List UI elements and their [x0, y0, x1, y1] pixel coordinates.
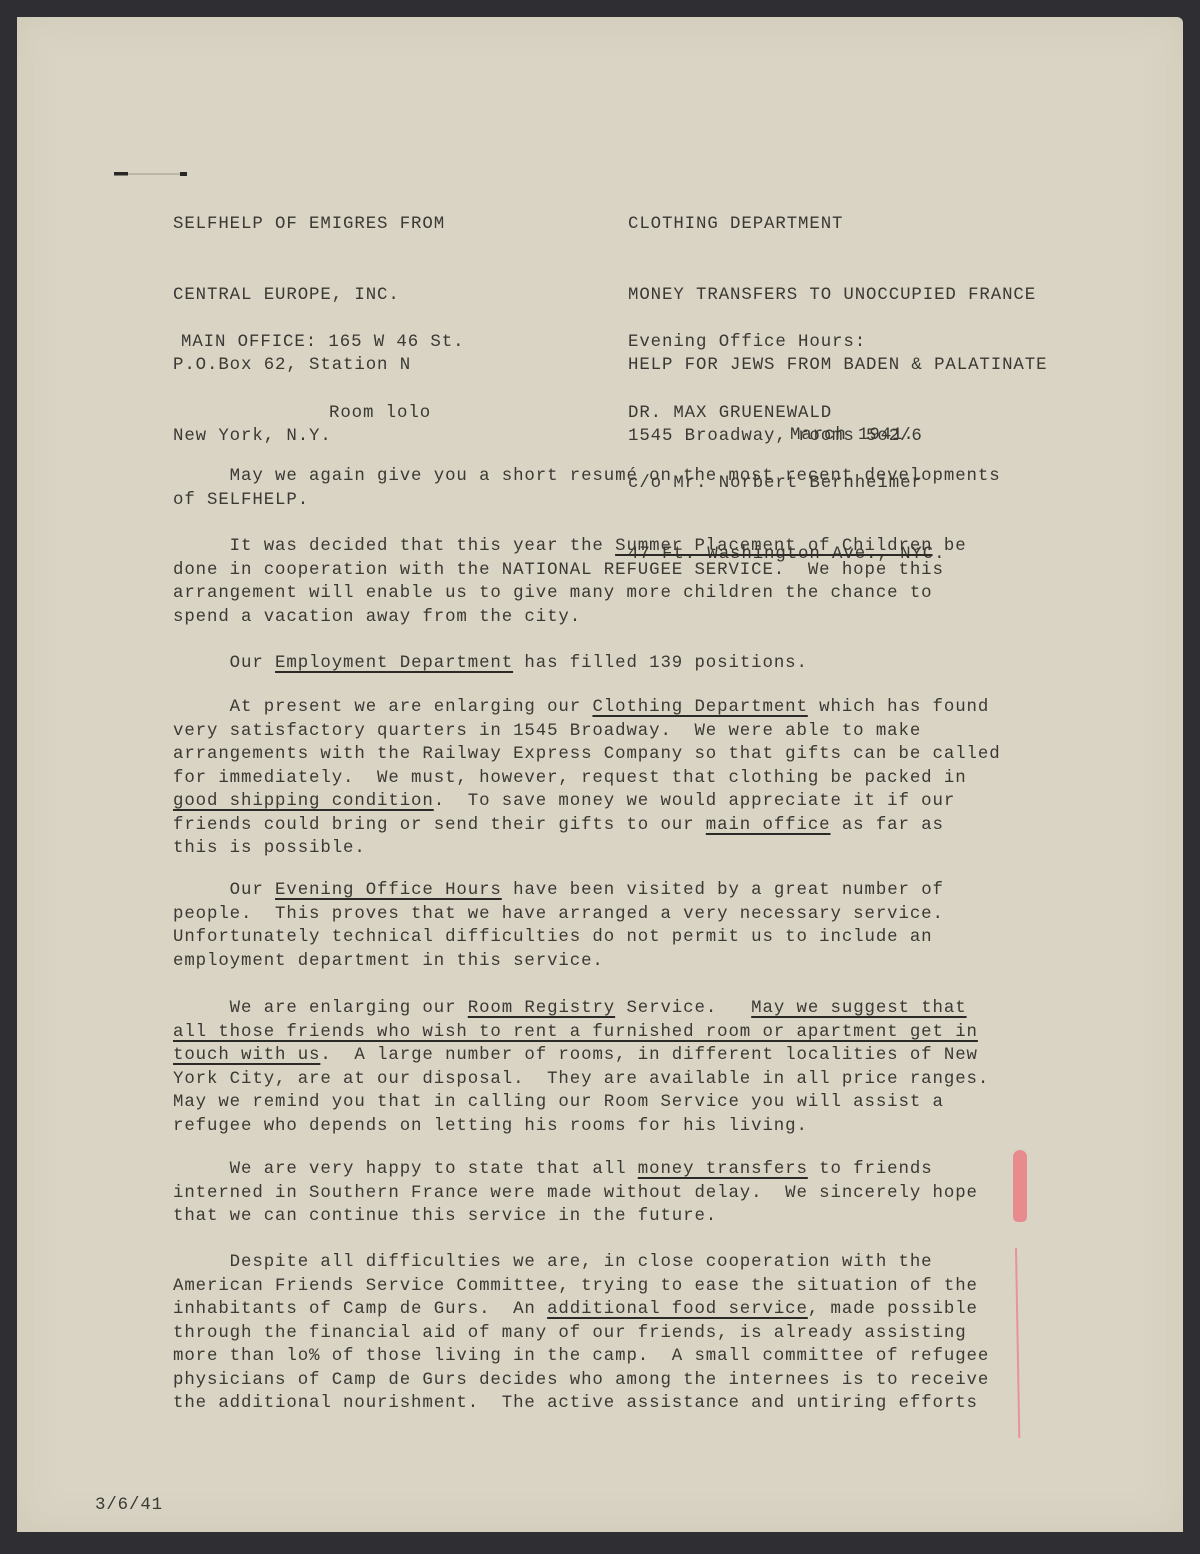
text-line: inhabitants of Camp de Gurs. An addition…: [173, 1298, 989, 1322]
text-line: arrangement will enable us to give many …: [173, 582, 967, 606]
text-segment: very satisfactory quarters in 1545 Broad…: [173, 722, 921, 741]
text-segment: be: [933, 537, 967, 556]
text-line: touch with us. A large number of rooms, …: [173, 1044, 989, 1068]
text-line: for immediately. We must, however, reque…: [173, 767, 1001, 791]
main-office-label: MAIN OFFICE:: [181, 333, 317, 352]
text-line: employment department in this service.: [173, 950, 944, 974]
underlined-phrase: main office: [706, 816, 831, 835]
text-line: refugee who depends on letting his rooms…: [173, 1115, 989, 1139]
text-segment: done in cooperation with the NATIONAL RE…: [173, 561, 944, 580]
text-segment: physicians of Camp de Gurs decides who a…: [173, 1371, 989, 1390]
text-segment: which has found: [808, 698, 989, 717]
text-segment: interned in Southern France were made wi…: [173, 1184, 978, 1203]
paragraph: Our Evening Office Hours have been visit…: [173, 879, 944, 973]
text-segment: for immediately. We must, however, reque…: [173, 769, 967, 788]
evening-hours-label: Evening Office Hours:: [628, 331, 945, 355]
text-line: May we again give you a short resumé on …: [173, 465, 1001, 489]
text-line: all those friends who wish to rent a fur…: [173, 1021, 989, 1045]
text-segment: more than lo% of those living in the cam…: [173, 1347, 989, 1366]
text-segment: May we remind you that in calling our Ro…: [173, 1093, 944, 1112]
text-segment: refugee who depends on letting his rooms…: [173, 1117, 808, 1136]
text-segment: Despite all difficulties we are, in clos…: [173, 1253, 933, 1272]
underlined-phrase: May we suggest that: [751, 999, 966, 1018]
text-segment: Unfortunately technical difficulties do …: [173, 928, 933, 947]
text-segment: arrangement will enable us to give many …: [173, 584, 933, 603]
text-segment: to friends: [808, 1160, 933, 1179]
footer-date: 3/6/41: [95, 1494, 163, 1518]
text-segment: arrangements with the Railway Express Co…: [173, 745, 1001, 764]
text-segment: . A large number of rooms, in different …: [320, 1046, 978, 1065]
text-line: done in cooperation with the NATIONAL RE…: [173, 559, 967, 583]
text-segment: We are very happy to state that all: [173, 1160, 638, 1179]
text-line: through the financial aid of many of our…: [173, 1322, 989, 1346]
text-line: spend a vacation away from the city.: [173, 606, 967, 630]
paragraph: May we again give you a short resumé on …: [173, 465, 1001, 512]
text-segment: of SELFHELP.: [173, 491, 309, 510]
underlined-phrase: Employment Department: [275, 654, 513, 673]
text-segment: inhabitants of Camp de Gurs. An: [173, 1300, 547, 1319]
paragraph: At present we are enlarging our Clothing…: [173, 696, 1001, 861]
text-line: At present we are enlarging our Clothing…: [173, 696, 1001, 720]
text-segment: employment department in this service.: [173, 952, 604, 971]
text-segment: May we again give you a short resumé on …: [173, 467, 1001, 486]
text-segment: this is possible.: [173, 839, 366, 858]
text-line: the additional nourishment. The active a…: [173, 1392, 989, 1416]
text-line: very satisfactory quarters in 1545 Broad…: [173, 720, 1001, 744]
text-line: people. This proves that we have arrange…: [173, 903, 944, 927]
paragraph: Despite all difficulties we are, in clos…: [173, 1251, 989, 1416]
text-line: We are enlarging our Room Registry Servi…: [173, 997, 989, 1021]
org-name-line1: SELFHELP OF EMIGRES FROM: [173, 213, 445, 237]
paragraph: We are very happy to state that all mone…: [173, 1158, 978, 1229]
text-segment: York City, are at our disposal. They are…: [173, 1070, 989, 1089]
text-line: Unfortunately technical difficulties do …: [173, 926, 944, 950]
text-line: Our Employment Department has filled 139…: [173, 652, 808, 676]
text-line: York City, are at our disposal. They are…: [173, 1068, 989, 1092]
red-pencil-mark: [1013, 1150, 1027, 1222]
text-line: this is possible.: [173, 837, 1001, 861]
text-segment: spend a vacation away from the city.: [173, 608, 581, 627]
text-segment: At present we are enlarging our: [173, 698, 592, 717]
underlined-phrase: Clothing Department: [592, 698, 807, 717]
text-segment: Our: [173, 881, 275, 900]
text-segment: American Friends Service Committee, tryi…: [173, 1277, 978, 1296]
letter-date: March 1941.: [790, 424, 915, 448]
main-office: MAIN OFFICE: 165 W 46 St. Room lolo: [181, 284, 464, 449]
text-segment: that we can continue this service in the…: [173, 1207, 717, 1226]
text-segment: have been visited by a great number of: [502, 881, 944, 900]
text-segment: people. This proves that we have arrange…: [173, 905, 944, 924]
text-line: Our Evening Office Hours have been visit…: [173, 879, 944, 903]
underlined-phrase: money transfers: [638, 1160, 808, 1179]
text-segment: as far as: [831, 816, 944, 835]
text-line: good shipping condition. To save money w…: [173, 790, 1001, 814]
text-line: arrangements with the Railway Express Co…: [173, 743, 1001, 767]
clothing-department: CLOTHING DEPARTMENT: [628, 213, 1047, 237]
text-line: physicians of Camp de Gurs decides who a…: [173, 1369, 989, 1393]
underlined-phrase: Room Registry: [468, 999, 615, 1018]
text-segment: friends could bring or send their gifts …: [173, 816, 706, 835]
text-line: friends could bring or send their gifts …: [173, 814, 1001, 838]
paragraph: It was decided that this year the Summer…: [173, 535, 967, 629]
text-line: American Friends Service Committee, tryi…: [173, 1275, 989, 1299]
text-segment: , made possible: [808, 1300, 978, 1319]
text-line: Despite all difficulties we are, in clos…: [173, 1251, 989, 1275]
main-office-room: Room lolo: [181, 402, 464, 426]
text-line: May we remind you that in calling our Ro…: [173, 1091, 989, 1115]
text-segment: through the financial aid of many of our…: [173, 1324, 967, 1343]
text-segment: the additional nourishment. The active a…: [173, 1394, 978, 1413]
underlined-phrase: Evening Office Hours: [275, 881, 502, 900]
text-segment: Service.: [615, 999, 751, 1018]
text-segment: We are enlarging our: [173, 999, 468, 1018]
text-line: We are very happy to state that all mone…: [173, 1158, 978, 1182]
underlined-phrase: all those friends who wish to rent a fur…: [173, 1023, 978, 1042]
underlined-phrase: good shipping condition: [173, 792, 434, 811]
text-line: more than lo% of those living in the cam…: [173, 1345, 989, 1369]
underlined-phrase: additional food service: [547, 1300, 808, 1319]
text-line: It was decided that this year the Summer…: [173, 535, 967, 559]
text-line: interned in Southern France were made wi…: [173, 1182, 978, 1206]
paragraph: Our Employment Department has filled 139…: [173, 652, 808, 676]
text-segment: has filled 139 positions.: [513, 654, 808, 673]
paragraph: We are enlarging our Room Registry Servi…: [173, 997, 989, 1138]
text-line: of SELFHELP.: [173, 489, 1001, 513]
main-office-address: 165 W 46 St.: [328, 333, 464, 352]
underlined-phrase: touch with us: [173, 1046, 320, 1065]
underlined-phrase: Summer Placement of Children: [615, 537, 932, 556]
text-line: that we can continue this service in the…: [173, 1205, 978, 1229]
text-segment: . To save money we would appreciate it i…: [434, 792, 955, 811]
text-segment: It was decided that this year the: [173, 537, 615, 556]
contact-name: DR. MAX GRUENEWALD: [628, 402, 945, 426]
text-segment: Our: [173, 654, 275, 673]
